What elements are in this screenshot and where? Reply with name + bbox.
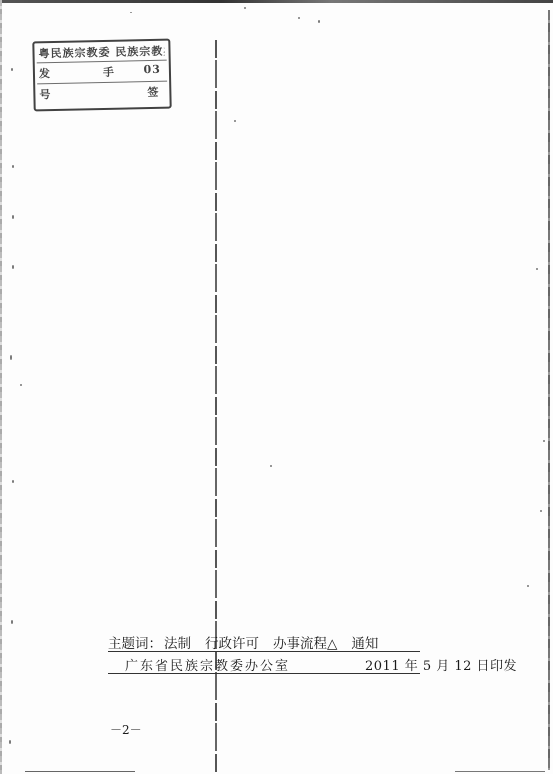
scan-speck (12, 165, 14, 168)
subject-term: 通知 (351, 636, 378, 652)
stamp-label-shou: 手 (103, 64, 115, 80)
stamp-number: 03 (143, 63, 161, 76)
scan-speck (540, 510, 542, 512)
subject-underline (108, 651, 420, 652)
scan-speck (12, 480, 14, 483)
scan-speck (543, 440, 545, 442)
scan-speck (298, 17, 300, 19)
page-number: －2－ (110, 721, 142, 738)
scan-edge-right (548, 10, 550, 770)
scan-speck (234, 120, 236, 122)
scan-speck (527, 585, 529, 587)
subject-keywords: 主题词：法制行政许可办事流程△通知 (108, 632, 418, 652)
scan-speck (12, 265, 14, 269)
stamp-row-3: 号 签 (39, 84, 165, 103)
subject-term: 法制 (164, 636, 191, 652)
stamp-label-qian: 签 (147, 84, 159, 100)
scan-speck (11, 620, 13, 624)
scan-speck (536, 268, 538, 270)
stamp-label-fa: 发 (39, 67, 51, 80)
scan-speck (244, 7, 246, 9)
scan-speck (130, 12, 132, 13)
scan-speck (11, 68, 13, 71)
issuer-underline (108, 673, 420, 674)
document-page: 粤民族宗教委 民族宗教办 发 手 03 号 签 主题词：法制行政许可办事流程△通… (0, 0, 553, 774)
scan-speck (318, 20, 320, 23)
stamp-row-2: 发 手 03 (39, 63, 165, 82)
scan-edge-top (0, 0, 553, 3)
receipt-stamp: 粤民族宗教委 民族宗教办 发 手 03 号 签 (32, 39, 171, 112)
stamp-row-1: 粤民族宗教委 民族宗教办 (38, 43, 164, 62)
issuing-office: 广东省民族宗教委办公室 (125, 655, 290, 674)
scan-speck (20, 384, 22, 386)
subject-term: 行政许可 (205, 636, 259, 652)
scan-speck (9, 740, 11, 744)
issue-date: 2011 年 5 月 12 日印发 (365, 655, 517, 674)
scan-edge-left (0, 0, 2, 774)
scan-speck (12, 215, 14, 219)
stamp-label-hao: 号 (39, 88, 51, 101)
scan-speck (10, 355, 12, 360)
scan-edge-bottom (25, 771, 135, 772)
subject-term: 办事流程△ (273, 636, 337, 652)
scan-edge-bottom-right (455, 771, 545, 772)
scan-speck (270, 465, 272, 467)
subject-label: 主题词： (108, 636, 162, 652)
